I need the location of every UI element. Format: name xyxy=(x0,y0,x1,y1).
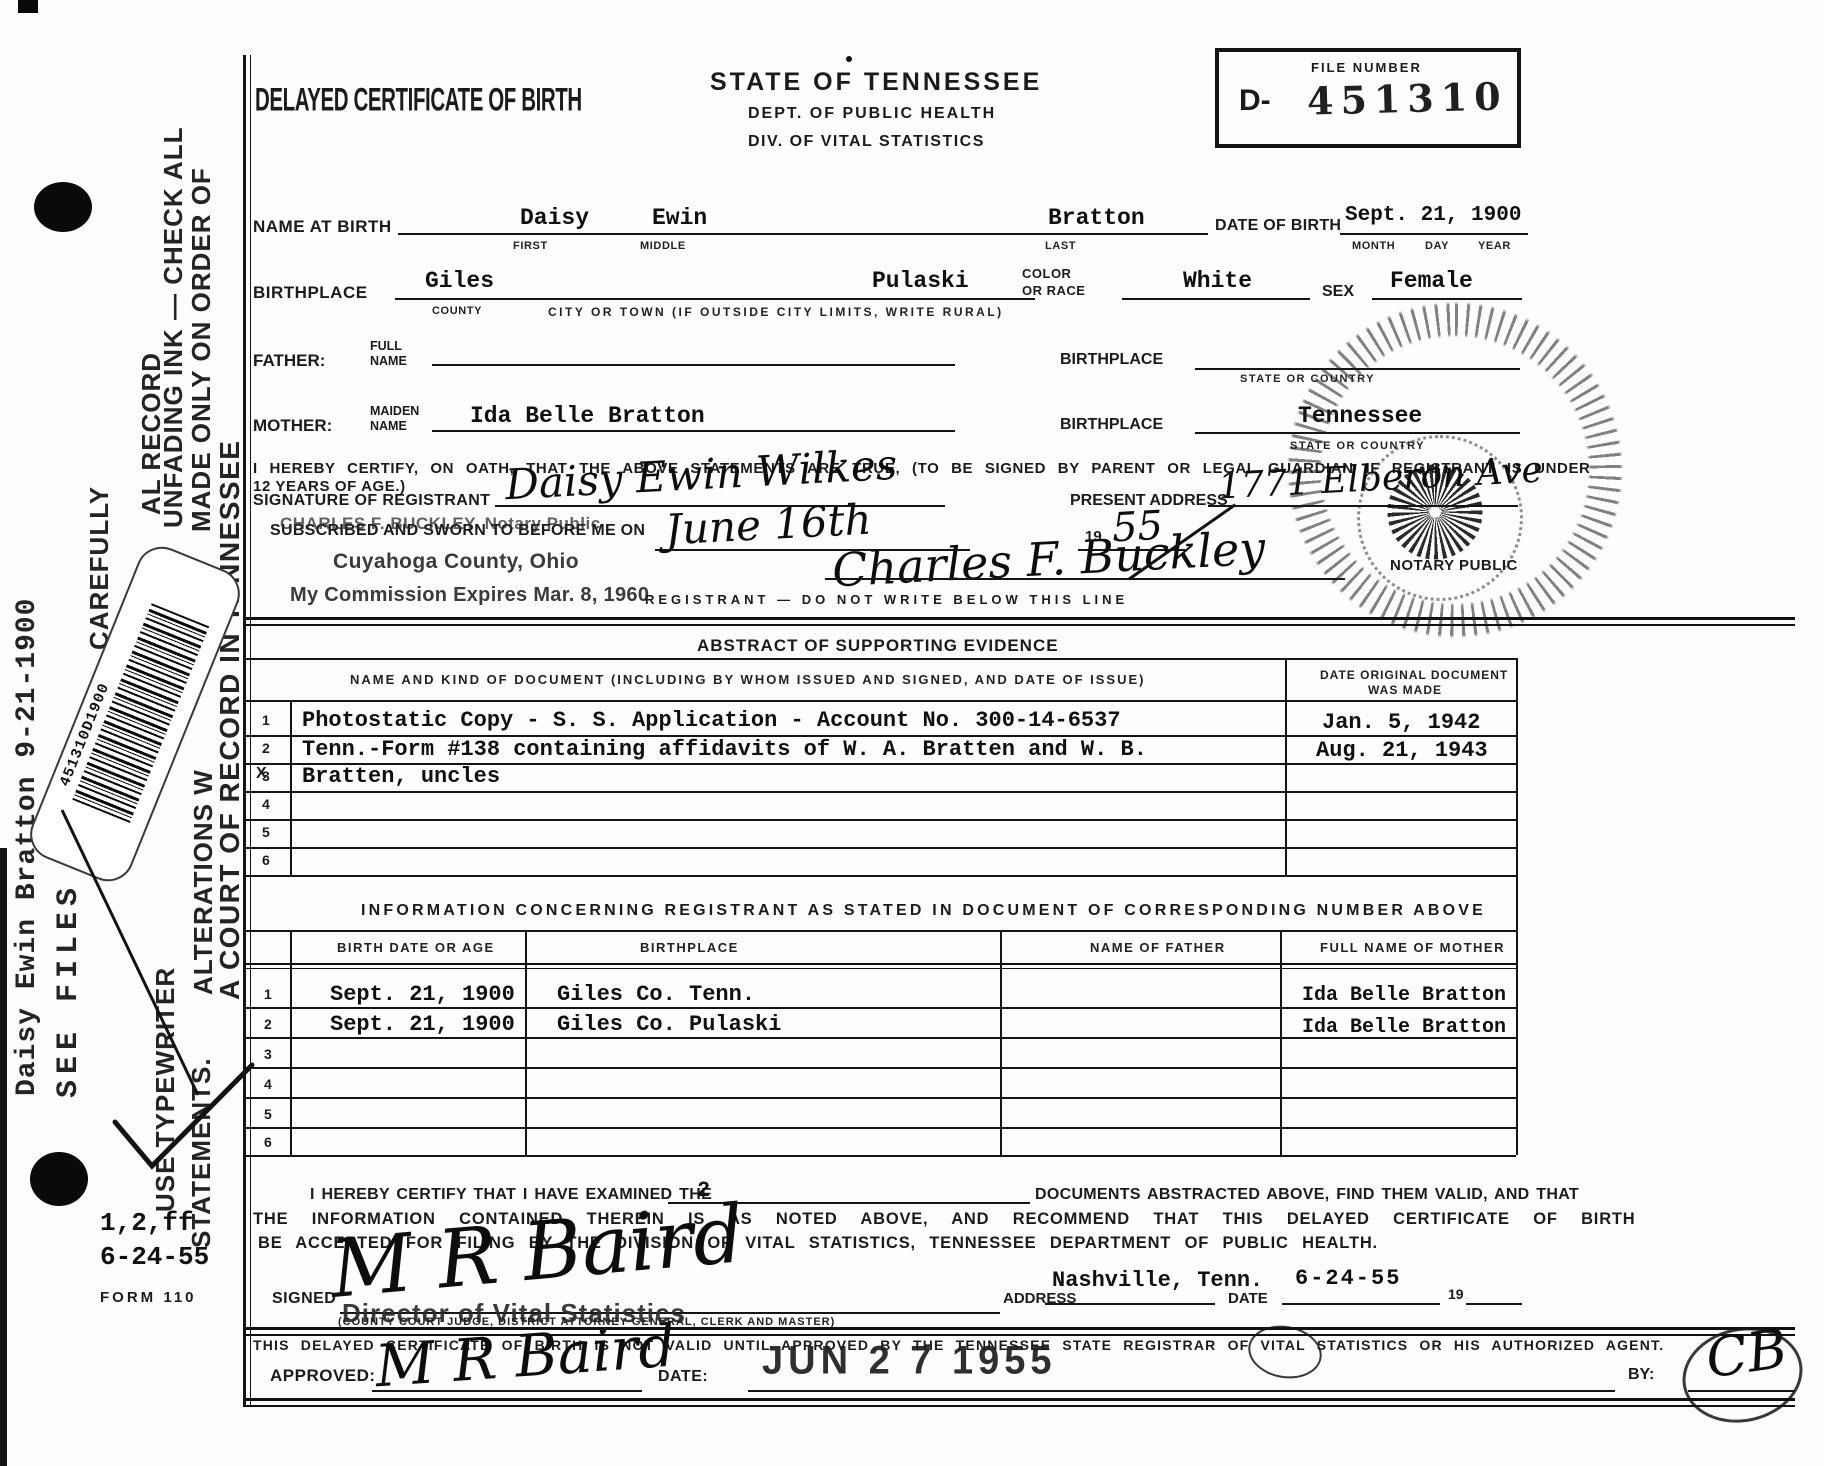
father-fullname-sublabel-2: NAME xyxy=(370,354,407,368)
abstract-row-number-overstrike: X xyxy=(256,765,267,783)
name-first-value: Daisy xyxy=(520,205,589,231)
month-sublabel: MONTH xyxy=(1352,240,1395,252)
abstract-row-rule xyxy=(243,847,1516,849)
abstract-number-divider xyxy=(290,700,292,875)
table-right-border xyxy=(1516,658,1518,1155)
margin-ref-marks: 1,2,ff xyxy=(100,1208,194,1238)
date-of-birth-line xyxy=(1340,233,1528,235)
name-last-value: Bratton xyxy=(1048,205,1145,231)
birthplace-line xyxy=(395,298,1035,300)
info-row-rule xyxy=(243,1155,1516,1157)
approved-date-stamp: JUN 2 7 1955 xyxy=(762,1339,1057,1384)
abstract-date-divider xyxy=(1285,658,1287,875)
color-value: White xyxy=(1183,268,1252,294)
date-of-birth-value: Sept. 21, 1900 xyxy=(1345,204,1521,227)
year-line xyxy=(1466,1303,1522,1305)
notary-signature: Charles F. Buckley xyxy=(831,521,1267,598)
abstract-row-number: 5 xyxy=(262,824,270,840)
info-mother-value: Ida Belle Bratton xyxy=(1302,1016,1506,1039)
scan-dot-artifact xyxy=(846,56,852,62)
father-label: FATHER: xyxy=(253,351,325,371)
abstract-row-rule xyxy=(243,875,1516,877)
info-row-rule xyxy=(243,1127,1516,1129)
mother-maiden-sublabel-1: MAIDEN xyxy=(370,404,419,418)
notary-expiry-stamp: My Commission Expires Mar. 8, 1960 xyxy=(290,584,649,607)
info-col-divider-2 xyxy=(1000,930,1002,1155)
last-sublabel: LAST xyxy=(1045,240,1076,252)
info-header-rule xyxy=(243,963,1516,969)
scanned-birth-certificate: Daisy Ewin Bratton 9-21-1900 SEE FILES f… xyxy=(0,0,1824,1466)
info-row-rule xyxy=(243,1097,1516,1099)
birthplace-city-value: Pulaski xyxy=(872,268,969,294)
file-number-label: FILE NUMBER xyxy=(1311,60,1422,75)
abstract-document-value: Tenn.-Form #138 containing affidavits of… xyxy=(302,737,1147,762)
name-line xyxy=(398,233,1208,235)
county-sublabel: COUNTY xyxy=(432,305,482,317)
form-title: DELAYED CERTIFICATE OF BIRTH xyxy=(255,82,582,120)
form-border-left xyxy=(243,55,246,1405)
sex-value: Female xyxy=(1390,268,1473,294)
mother-maiden-name-value: Ida Belle Bratton xyxy=(470,403,705,429)
color-label-line1: COLOR xyxy=(1022,266,1071,281)
info-mother-value: Ida Belle Bratton xyxy=(1302,984,1506,1007)
mother-label: MOTHER: xyxy=(253,416,332,436)
birthplace-county-value: Giles xyxy=(425,268,494,294)
scan-corner-mark xyxy=(18,0,38,13)
abstract-row-rule xyxy=(243,819,1516,821)
middle-sublabel: MIDDLE xyxy=(640,240,686,252)
certify-line1-b: DOCUMENTS ABSTRACTED ABOVE, FIND THEM VA… xyxy=(1035,1186,1579,1204)
approved-label: APPROVED: xyxy=(270,1366,376,1386)
info-row-number: 6 xyxy=(264,1134,272,1150)
abstract-doc-column-header: NAME AND KIND OF DOCUMENT (INCLUDING BY … xyxy=(350,672,1145,687)
margin-instruction-carefully: CAREFULLY xyxy=(84,486,115,650)
abstract-row-number: 6 xyxy=(262,852,270,868)
form-bottom-border xyxy=(243,1398,1795,1407)
file-number-stamp: 451310 xyxy=(1306,73,1508,123)
info-birthplace-value: Giles Co. Tenn. xyxy=(557,982,755,1007)
approved-date-line xyxy=(748,1390,1615,1392)
info-birthplace-value: Giles Co. Pulaski xyxy=(557,1012,781,1037)
abstract-document-value: Bratten, uncles xyxy=(302,764,500,789)
abstract-title: ABSTRACT OF SUPPORTING EVIDENCE xyxy=(697,636,1059,656)
father-name-line xyxy=(432,364,955,366)
mother-maiden-sublabel-2: NAME xyxy=(370,419,407,433)
info-row-rule xyxy=(243,1007,1516,1009)
division-title: DIV. OF VITAL STATISTICS xyxy=(748,133,985,151)
abstract-row-number: 1 xyxy=(262,712,270,728)
abstract-title-rule xyxy=(243,658,1516,660)
approved-line xyxy=(372,1390,642,1392)
info-col-birthplace-header: BIRTHPLACE xyxy=(640,940,739,955)
color-line xyxy=(1122,298,1310,300)
date-label: DATE xyxy=(1228,1290,1268,1307)
abstract-date-column-header-2: WAS MADE xyxy=(1368,683,1442,697)
abstract-header-rule xyxy=(243,700,1516,702)
info-table-title: INFORMATION CONCERNING REGISTRANT AS STA… xyxy=(361,902,1486,920)
day-sublabel: DAY xyxy=(1425,240,1449,252)
address-line xyxy=(1045,1303,1215,1305)
info-row-number: 4 xyxy=(264,1076,272,1092)
name-middle-value: Ewin xyxy=(652,205,707,231)
notary-name-stamp: CHARLES F. BUCKLEY, Notary Public xyxy=(280,514,601,534)
section-divider-top xyxy=(243,617,1795,626)
file-number-prefix: D- xyxy=(1239,84,1271,118)
info-row-number: 5 xyxy=(264,1106,272,1122)
date-of-birth-label: DATE OF BIRTH xyxy=(1215,217,1341,235)
info-number-divider xyxy=(290,930,292,1155)
date-line xyxy=(1282,1303,1440,1305)
margin-pen-strokes xyxy=(0,750,280,1220)
approved-date-label: DATE: xyxy=(658,1368,708,1386)
abstract-date-column-header-1: DATE ORIGINAL DOCUMENT xyxy=(1320,668,1508,682)
info-col-divider-1 xyxy=(525,930,527,1155)
info-col-divider-3 xyxy=(1280,930,1282,1155)
do-not-write-note: REGISTRANT — DO NOT WRITE BELOW THIS LIN… xyxy=(645,592,1128,607)
mother-birthplace-label: BIRTHPLACE xyxy=(1060,416,1163,434)
city-sublabel: CITY OR TOWN (IF OUTSIDE CITY LIMITS, WR… xyxy=(548,305,1004,319)
punch-hole-top xyxy=(34,182,92,232)
father-fullname-sublabel-1: FULL xyxy=(370,339,402,353)
info-row-number: 2 xyxy=(264,1016,272,1032)
state-title: STATE OF TENNESSEE xyxy=(710,68,1042,97)
birthplace-label: BIRTHPLACE xyxy=(253,283,368,303)
info-col-mother-header: FULL NAME OF MOTHER xyxy=(1320,940,1505,955)
info-title-rule xyxy=(243,930,1516,932)
first-sublabel: FIRST xyxy=(513,240,548,252)
abstract-date-value: Aug. 21, 1943 xyxy=(1316,738,1488,763)
margin-ref-date: 6-24-55 xyxy=(100,1242,209,1272)
year-printed: 19 xyxy=(1448,1286,1464,1302)
sex-label: SEX xyxy=(1322,283,1354,301)
father-birthplace-label: BIRTHPLACE xyxy=(1060,351,1163,369)
notary-signature-line xyxy=(825,578,1345,580)
year-sublabel: YEAR xyxy=(1478,240,1511,252)
mother-name-line xyxy=(432,430,955,432)
info-birthdate-value: Sept. 21, 1900 xyxy=(330,982,515,1007)
info-col-birth-header: BIRTH DATE OR AGE xyxy=(337,940,495,955)
name-at-birth-label: NAME AT BIRTH xyxy=(253,217,392,237)
info-row-number: 3 xyxy=(264,1046,272,1062)
by-label: BY: xyxy=(1628,1366,1654,1384)
date-value: 6-24-55 xyxy=(1295,1266,1401,1291)
abstract-row-number: 4 xyxy=(262,796,270,812)
director-signature: M R Baird xyxy=(327,1187,748,1316)
signature-of-registrant-label: SIGNATURE OF REGISTRANT xyxy=(253,492,490,510)
notary-county-stamp: Cuyahoga County, Ohio xyxy=(333,550,579,574)
form-number: FORM 110 xyxy=(100,1289,197,1306)
info-row-rule xyxy=(243,1067,1516,1069)
abstract-row-rule xyxy=(243,791,1516,793)
abstract-document-value: Photostatic Copy - S. S. Application - A… xyxy=(302,708,1121,733)
color-label-line2: OR RACE xyxy=(1022,283,1085,298)
form-border-left-inner xyxy=(250,55,251,1405)
notary-seal-starburst xyxy=(1385,462,1485,562)
info-col-father-header: NAME OF FATHER xyxy=(1090,940,1226,955)
signed-label: SIGNED xyxy=(272,1290,336,1308)
info-row-number: 1 xyxy=(264,986,272,1002)
info-birthdate-value: Sept. 21, 1900 xyxy=(330,1012,515,1037)
abstract-row-number: 2 xyxy=(262,740,270,756)
file-number-box: FILE NUMBER D- 451310 xyxy=(1215,48,1521,148)
abstract-date-value: Jan. 5, 1942 xyxy=(1322,710,1480,735)
margin-instruction-court-order: MADE ONLY ON ORDER OF xyxy=(186,167,217,532)
dept-title: DEPT. OF PUBLIC HEALTH xyxy=(748,105,996,123)
margin-instruction-ink: UNFADING INK — CHECK ALL xyxy=(158,127,189,528)
